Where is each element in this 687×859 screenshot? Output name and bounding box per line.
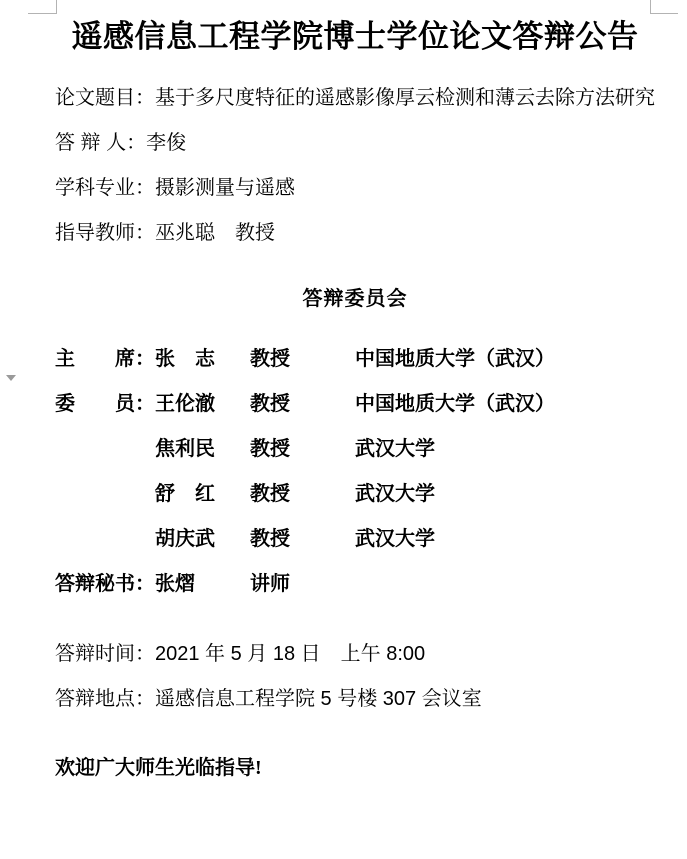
committee-member-affiliation: 武汉大学 [355, 526, 655, 552]
committee-member-title: 教授 [250, 346, 355, 372]
committee-member-name: 胡庆武 [155, 526, 250, 552]
committee-role: 委 员： [55, 391, 155, 417]
committee-row: 胡庆武 教授 武汉大学 [55, 526, 655, 552]
candidate-label: 答 辩 人： [55, 132, 146, 154]
committee-role [55, 436, 155, 462]
committee-member-title: 教授 [250, 436, 355, 462]
defense-place-value: 遥感信息工程学院 5 号楼 307 会议室 [155, 688, 482, 710]
discipline-label: 学科专业： [55, 177, 155, 199]
committee-role: 主 席： [55, 346, 155, 372]
candidate-line: 答 辩 人：李俊 [55, 130, 655, 156]
committee-row: 焦利民 教授 武汉大学 [55, 436, 655, 462]
candidate-value: 李俊 [146, 132, 186, 154]
defense-time-value: 2021 年 5 月 18 日 上午 8:00 [155, 643, 425, 665]
committee-member-name: 张 志 [155, 346, 250, 372]
committee-member-title: 教授 [250, 391, 355, 417]
advisor-line: 指导教师：巫兆聪 教授 [55, 220, 655, 246]
committee-row: 主 席： 张 志 教授 中国地质大学（武汉） [55, 346, 655, 372]
secretary-affiliation [355, 571, 655, 597]
document-page: 遥感信息工程学院博士学位论文答辩公告 论文题目：基于多尺度特征的遥感影像厚云检测… [0, 0, 687, 859]
discipline-value: 摄影测量与遥感 [155, 177, 295, 199]
committee-member-name: 焦利民 [155, 436, 250, 462]
advisor-value: 巫兆聪 教授 [155, 222, 275, 244]
committee-role [55, 481, 155, 507]
discipline-line: 学科专业：摄影测量与遥感 [55, 175, 655, 201]
committee-member-affiliation: 武汉大学 [355, 436, 655, 462]
committee-row: 舒 红 教授 武汉大学 [55, 481, 655, 507]
secretary-title: 讲师 [250, 571, 355, 597]
advisor-label: 指导教师： [55, 222, 155, 244]
secretary-row: 答辩秘书： 张熠 讲师 [55, 571, 655, 597]
committee-member-name: 舒 红 [155, 481, 250, 507]
secretary-name: 张熠 [155, 571, 250, 597]
thesis-title-value: 基于多尺度特征的遥感影像厚云检测和薄云去除方法研究 [155, 87, 655, 109]
committee-row: 委 员： 王伦澈 教授 中国地质大学（武汉） [55, 391, 655, 417]
defense-time-label: 答辩时间： [55, 643, 155, 665]
committee-member-affiliation: 中国地质大学（武汉） [355, 346, 655, 372]
thesis-title-label: 论文题目： [55, 87, 155, 109]
committee-member-name: 王伦澈 [155, 391, 250, 417]
defense-place-label: 答辩地点： [55, 688, 155, 710]
defense-place-line: 答辩地点：遥感信息工程学院 5 号楼 307 会议室 [55, 686, 655, 712]
committee-member-affiliation: 中国地质大学（武汉） [355, 391, 655, 417]
welcome-message: 欢迎广大师生光临指导! [55, 755, 655, 781]
committee-member-title: 教授 [250, 481, 355, 507]
committee-member-title: 教授 [250, 526, 355, 552]
committee-role [55, 526, 155, 552]
document-content: 遥感信息工程学院博士学位论文答辩公告 论文题目：基于多尺度特征的遥感影像厚云检测… [0, 0, 687, 781]
secretary-label: 答辩秘书： [55, 571, 155, 597]
committee-member-affiliation: 武汉大学 [355, 481, 655, 507]
thesis-title-line: 论文题目：基于多尺度特征的遥感影像厚云检测和薄云去除方法研究 [55, 85, 655, 111]
committee-heading: 答辩委员会 [55, 286, 655, 312]
document-title: 遥感信息工程学院博士学位论文答辩公告 [55, 14, 655, 60]
defense-time-line: 答辩时间：2021 年 5 月 18 日 上午 8:00 [55, 641, 655, 667]
